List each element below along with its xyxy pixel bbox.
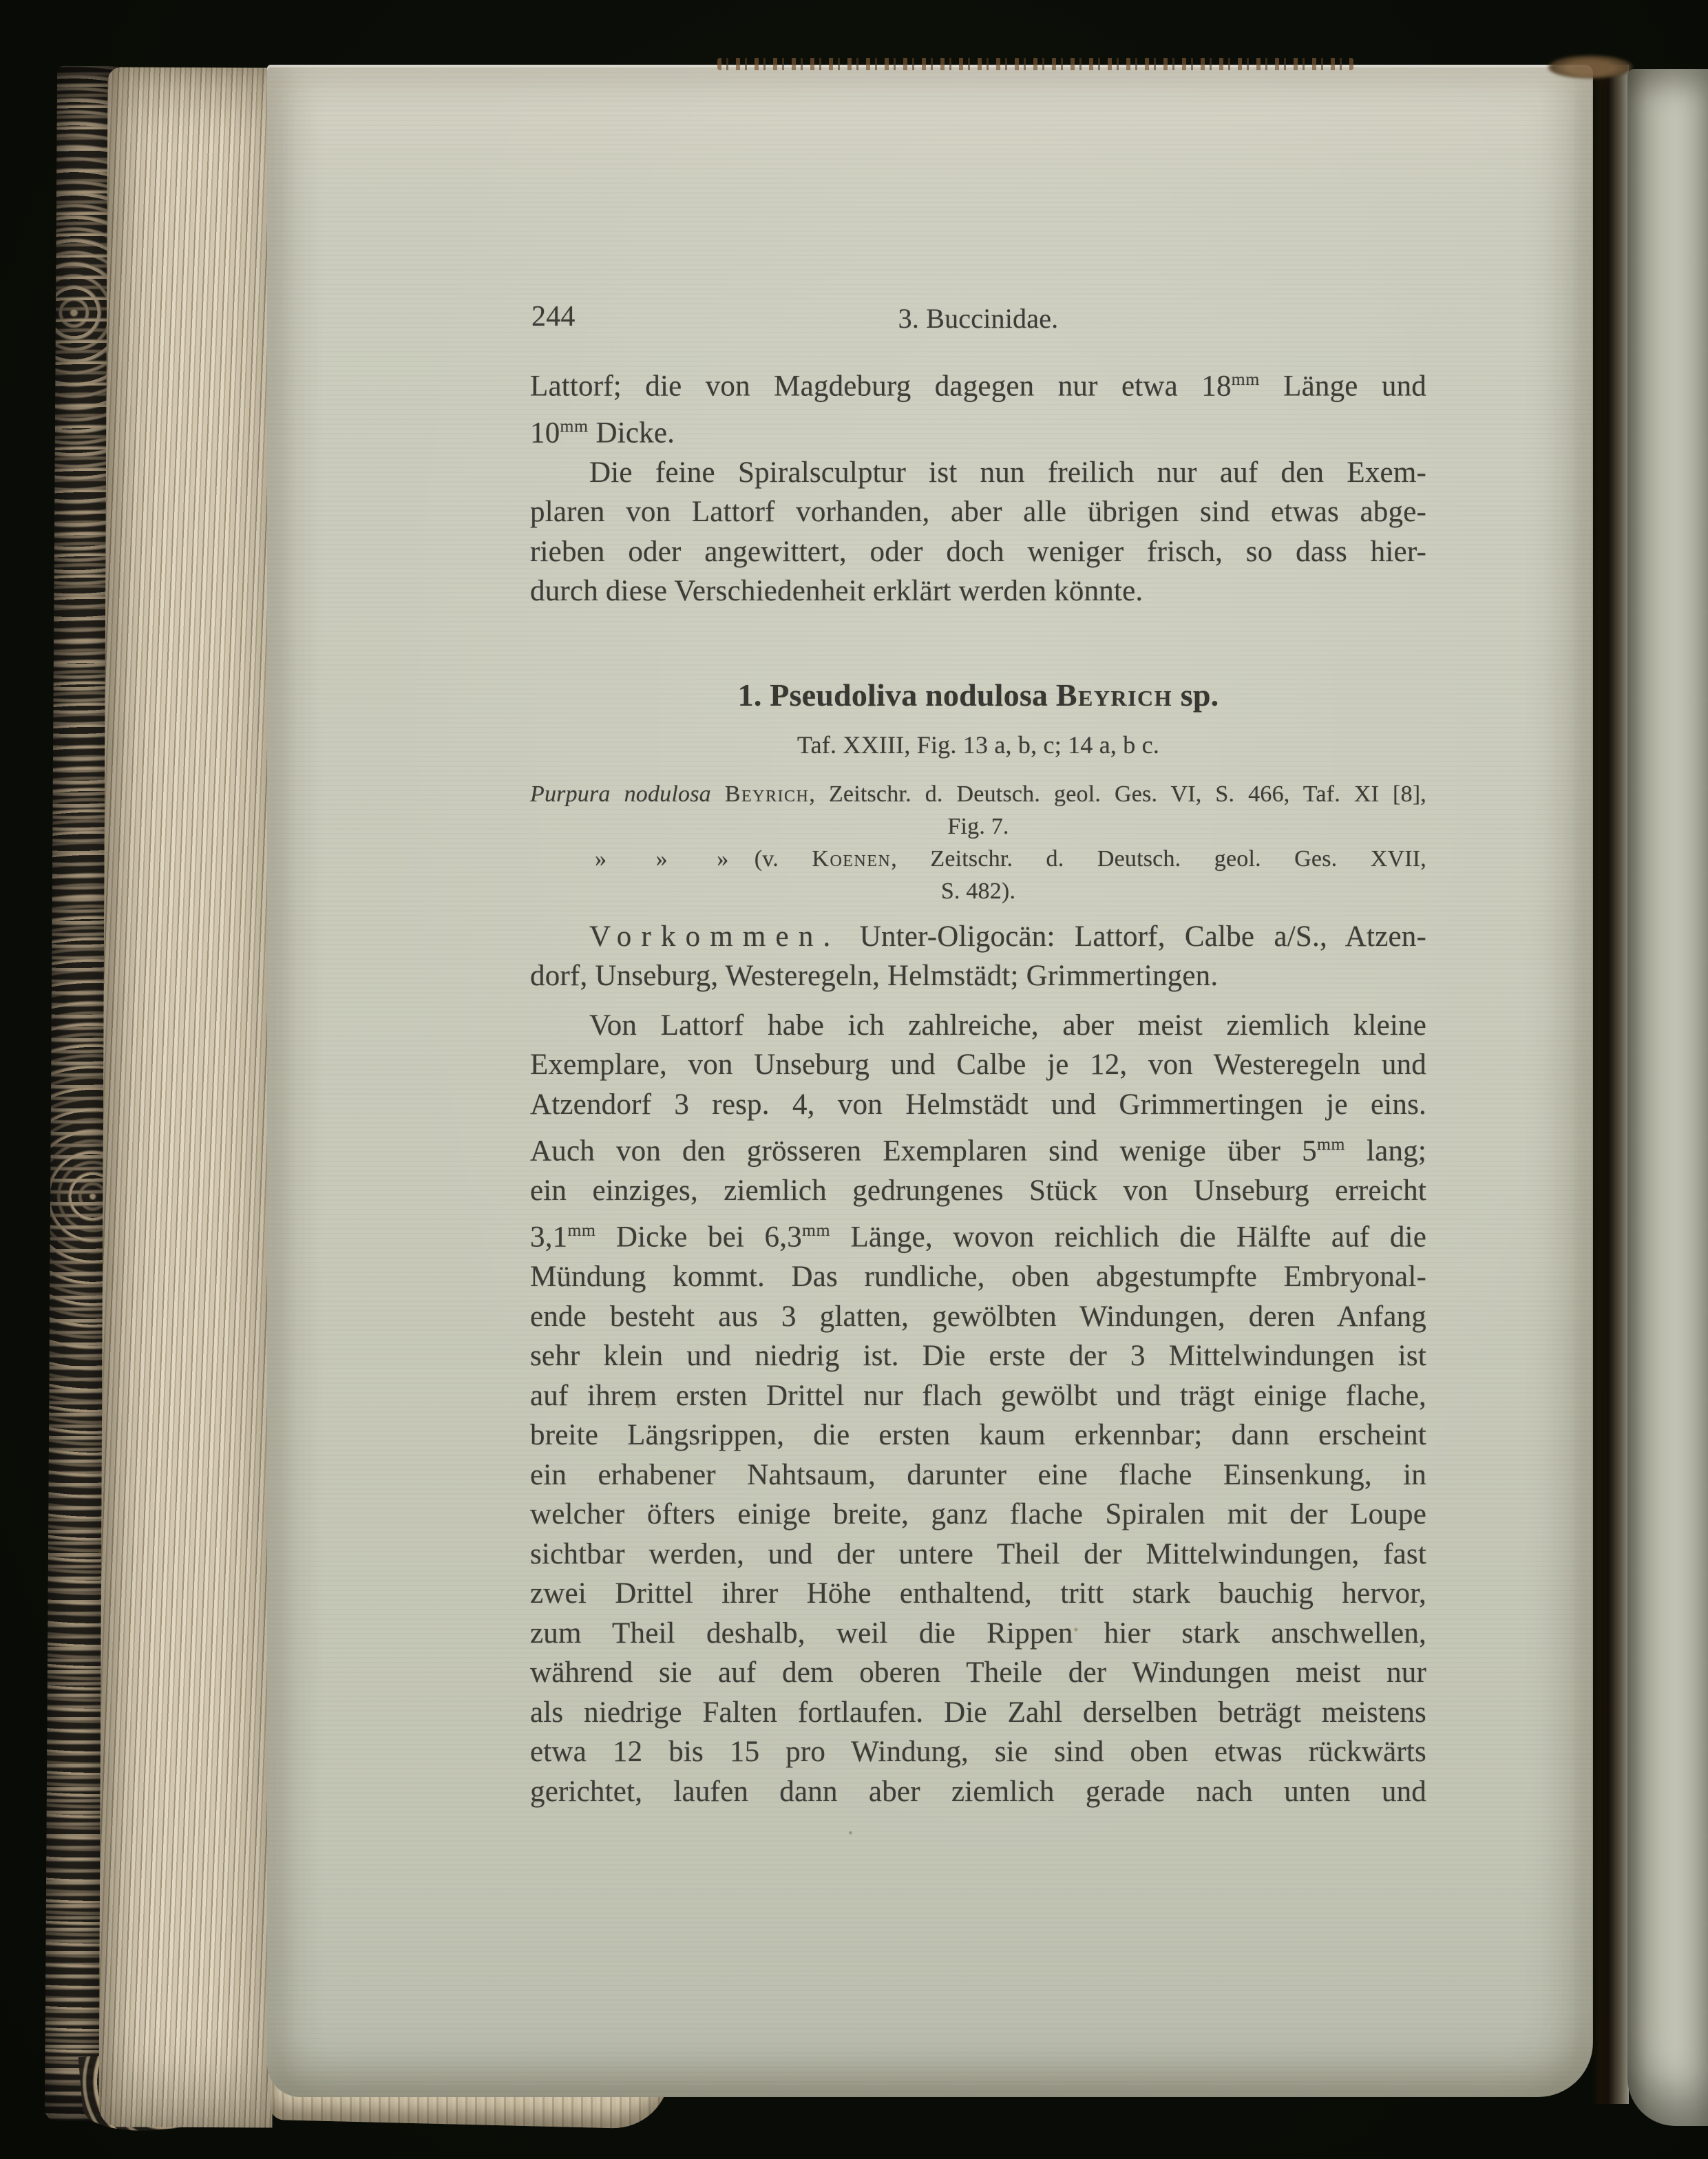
running-title: 3. Buccinidae. (898, 302, 1059, 335)
superscript-unit: mm (560, 416, 588, 436)
text-segment: plaren von Lattorf vorhanden, aber alle … (530, 496, 1426, 528)
text-line: als niedrige Falten fortlaufen. Die Zahl… (530, 1693, 1426, 1733)
text-segment: » (717, 846, 728, 872)
text-segment: zum Theil deshalb, weil die Rippen hier … (530, 1617, 1426, 1650)
page-text-column: 244 3. Buccinidae. Lattorf; die von Magd… (530, 300, 1426, 1811)
text-segment: ende besteht aus 3 glatten, gewölbten Wi… (530, 1300, 1426, 1333)
text-segment: als niedrige Falten fortlaufen. Die Zahl… (530, 1696, 1426, 1729)
photo-background: 244 3. Buccinidae. Lattorf; die von Magd… (0, 0, 1708, 2159)
continued-paragraph: Lattorf; die von Magdeburg dagegen nur e… (530, 359, 1426, 453)
facing-page-edge (1627, 69, 1708, 2126)
text-segment: lang; (1345, 1135, 1426, 1167)
text-line: rieben oder angewittert, oder doch wenig… (530, 532, 1426, 572)
vorkommen-paragraph: Vorkommen. Unter-Oligocän: Lattorf, Calb… (530, 917, 1426, 996)
text-segment: Länge, wovon reichlich die Hälfte auf di… (830, 1221, 1426, 1254)
text-segment: (v. (755, 846, 812, 872)
text-line: Von Lattorf habe ich zahlreiche, aber me… (530, 1006, 1426, 1046)
text-segment: breite Längsrippen, die ersten kaum erke… (530, 1419, 1426, 1451)
text-line: während sie auf dem oberen Theile der Wi… (530, 1653, 1426, 1693)
text-line: Fig. 7. (530, 810, 1426, 843)
text-line: auf ihrem ersten Drittel nur flach gewöl… (530, 1376, 1426, 1416)
page-number: 244 (531, 300, 576, 333)
text-line: Taf. XXIII, Fig. 13 a, b, c; 14 a, b c. (530, 730, 1426, 760)
text-line: plaren von Lattorf vorhanden, aber alle … (530, 492, 1426, 532)
text-line: breite Längsrippen, die ersten kaum erke… (530, 1415, 1426, 1455)
superscript-unit: mm (802, 1220, 830, 1240)
text-segment: auf ihrem ersten Drittel nur flach gewöl… (530, 1380, 1426, 1412)
text-segment: dorf, Unseburg, Westeregeln, Helmstädt; … (530, 960, 1218, 992)
text-segment: ein erhabener Nahtsaum, darunter eine fl… (530, 1459, 1426, 1491)
text-line: etwa 12 bis 15 pro Windung, sie sind obe… (530, 1732, 1426, 1772)
superscript-unit: mm (1317, 1134, 1345, 1154)
text-line: 10mm Dicke. (530, 406, 1426, 453)
text-line: zum Theil deshalb, weil die Rippen hier … (530, 1614, 1426, 1654)
paragraph-spiralsculptur: Die feine Spiralsculptur ist nun freilic… (530, 453, 1426, 611)
text-segment: Die feine Spiralsculptur ist nun freilic… (589, 456, 1426, 489)
synonymy: Purpura nodulosa Beyrich, Zeitschr. d. D… (530, 778, 1426, 907)
text-line: ein einziges, ziemlich gedrungenes Stück… (530, 1171, 1426, 1211)
text-segment: 10 (530, 417, 560, 449)
text-segment: welcher öfters einige breite, ganz flach… (530, 1498, 1426, 1530)
text-segment: etwa 12 bis 15 pro Windung, sie sind obe… (530, 1736, 1426, 1768)
text-segment: Exemplare, von Unseburg und Calbe je 12,… (530, 1049, 1426, 1081)
text-line: Atzendorf 3 resp. 4, von Helmstädt und G… (530, 1085, 1426, 1125)
headband (1548, 55, 1633, 78)
text-segment: Koenen (812, 846, 891, 872)
text-line: 1. Pseudoliva nodulosa Beyrich sp. (530, 675, 1426, 716)
text-segment: rieben oder angewittert, oder doch wenig… (530, 536, 1426, 568)
text-line: welcher öfters einige breite, ganz flach… (530, 1495, 1426, 1535)
text-line: ende besteht aus 3 glatten, gewölbten Wi… (530, 1297, 1426, 1337)
text-segment: durch diese Verschiedenheit erklärt werd… (530, 575, 1143, 607)
book-gutter (1592, 65, 1629, 2104)
text-segment: Beyrich (1056, 677, 1172, 713)
text-line: gerichtet, laufen dann aber ziemlich ger… (530, 1772, 1426, 1812)
page-stack-fore-edge (98, 67, 281, 2127)
text-line: Vorkommen. Unter-Oligocän: Lattorf, Calb… (530, 917, 1426, 957)
superscript-unit: mm (567, 1220, 595, 1240)
deckle-edge (717, 58, 1353, 70)
plate-caption: Taf. XXIII, Fig. 13 a, b, c; 14 a, b c. (530, 730, 1426, 760)
text-segment: , Zeitschr. d. Deutsch. geol. Ges. VI, S… (809, 781, 1426, 807)
text-segment: , Zeitschr. d. Deutsch. geol. Ges. XVII, (891, 846, 1426, 872)
text-line: Lattorf; die von Magdeburg dagegen nur e… (530, 359, 1426, 406)
text-segment: Unter-Oligocän: Lattorf, Calbe a/S., Atz… (840, 920, 1426, 953)
text-segment: Atzendorf 3 resp. 4, von Helmstädt und G… (530, 1088, 1426, 1121)
text-segment: Mündung kommt. Das rundliche, oben abges… (530, 1261, 1426, 1293)
text-segment: » (656, 846, 668, 872)
text-segment: » (595, 846, 607, 872)
text-line: sehr klein und niedrig ist. Die erste de… (530, 1336, 1426, 1376)
text-line: Purpura nodulosa Beyrich, Zeitschr. d. D… (530, 778, 1426, 810)
text-segment: Taf. XXIII, Fig. 13 a, b, c; 14 a, b c. (797, 731, 1159, 759)
text-line: durch diese Verschiedenheit erklärt werd… (530, 571, 1426, 611)
text-line: zwei Drittel ihrer Höhe enthaltend, trit… (530, 1574, 1426, 1614)
text-segment: Purpura nodulosa (530, 781, 725, 807)
text-line: Die feine Spiralsculptur ist nun freilic… (530, 453, 1426, 493)
text-line: S. 482). (530, 875, 1426, 907)
text-line: dorf, Unseburg, Westeregeln, Helmstädt; … (530, 956, 1426, 996)
text-segment: Lattorf; die von Magdeburg dagegen nur e… (530, 370, 1232, 402)
running-header: 244 3. Buccinidae. (530, 300, 1426, 335)
text-segment: zwei Drittel ihrer Höhe enthaltend, trit… (530, 1577, 1426, 1610)
text-segment: sehr klein und niedrig ist. Die erste de… (530, 1340, 1426, 1372)
text-segment: sp. (1172, 677, 1219, 713)
text-segment: Dicke bei 6,3 (596, 1221, 802, 1254)
text-segment: Vorkommen. (589, 920, 840, 953)
text-segment: Von Lattorf habe ich zahlreiche, aber me… (589, 1009, 1426, 1042)
text-segment: während sie auf dem oberen Theile der Wi… (530, 1656, 1426, 1689)
text-line: 3,1mm Dicke bei 6,3mm Länge, wovon reich… (530, 1210, 1426, 1257)
text-segment: sichtbar werden, und der untere Theil de… (530, 1538, 1426, 1570)
text-segment: gerichtet, laufen dann aber ziemlich ger… (530, 1776, 1426, 1808)
text-segment: S. 482). (941, 878, 1015, 904)
text-segment: Auch von den grösseren Exemplaren sind w… (530, 1135, 1317, 1167)
species-heading: 1. Pseudoliva nodulosa Beyrich sp. (530, 675, 1426, 716)
text-segment: Beyrich (725, 781, 810, 807)
text-segment: Länge und (1260, 370, 1426, 402)
text-segment: ein einziges, ziemlich gedrungenes Stück… (530, 1175, 1426, 1207)
text-segment: Fig. 7. (947, 814, 1009, 839)
text-segment: 1. Pseudoliva nodulosa (738, 677, 1056, 713)
text-line: Mündung kommt. Das rundliche, oben abges… (530, 1257, 1426, 1297)
description-paragraph: Von Lattorf habe ich zahlreiche, aber me… (530, 1006, 1426, 1812)
text-blocks: Lattorf; die von Magdeburg dagegen nur e… (530, 359, 1426, 1811)
text-line: »»»(v. Koenen, Zeitschr. d. Deutsch. geo… (530, 843, 1426, 875)
text-line: sichtbar werden, und der untere Theil de… (530, 1535, 1426, 1575)
text-segment: Dicke. (589, 417, 675, 449)
text-segment: 3,1 (530, 1221, 567, 1254)
text-line: Auch von den grösseren Exemplaren sind w… (530, 1124, 1426, 1171)
text-line: Exemplare, von Unseburg und Calbe je 12,… (530, 1045, 1426, 1085)
text-line: ein erhabener Nahtsaum, darunter eine fl… (530, 1455, 1426, 1495)
superscript-unit: mm (1232, 369, 1260, 389)
